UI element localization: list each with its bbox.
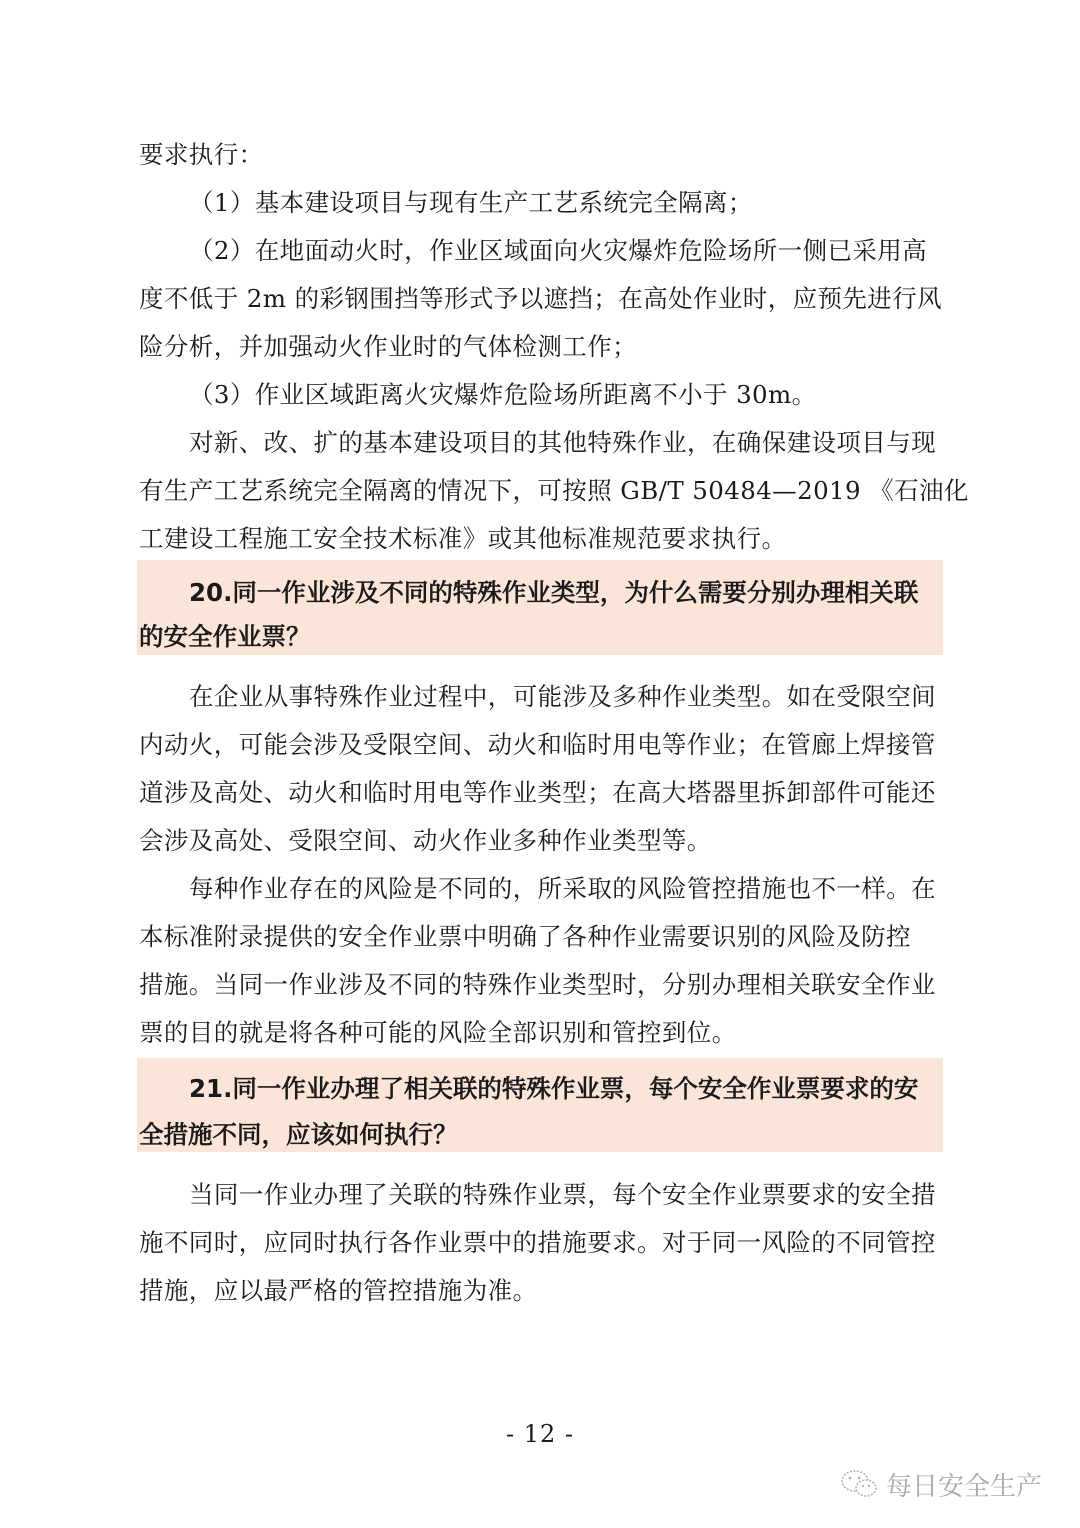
answer-21-line: 施不同时，应同时执行各作业票中的措施要求。对于同一风险的不同管控 — [139, 1228, 944, 1258]
answer-20-line: 在企业从事特殊作业过程中，可能涉及多种作业类型。如在受限空间 — [189, 682, 944, 712]
paragraph-line: 对新、改、扩的基本建设项目的其他特殊作业，在确保建设项目与现 — [189, 428, 944, 458]
answer-20-line: 票的目的就是将各种可能的风险全部识别和管控到位。 — [139, 1018, 944, 1048]
question-21-heading: 21.同一作业办理了相关联的特殊作业票，每个安全作业票要求的安 — [189, 1074, 944, 1104]
watermark-text: 每日安全生产 — [886, 1466, 1042, 1503]
list-item-3: （3）作业区域距离火灾爆炸危险场所距离不小于 30m。 — [189, 380, 944, 410]
question-21-heading: 全措施不同，应该如何执行？ — [139, 1120, 944, 1150]
list-item-1: （1）基本建设项目与现有生产工艺系统完全隔离； — [189, 188, 944, 218]
answer-20-line: 内动火，可能会涉及受限空间、动火和临时用电等作业；在管廊上焊接管 — [139, 730, 944, 760]
question-20-heading: 的安全作业票？ — [139, 622, 944, 652]
paragraph-line: 要求执行： — [139, 140, 944, 170]
paragraph-line: 度不低于 2m 的彩钢围挡等形式予以遮挡；在高处作业时，应预先进行风 — [139, 284, 944, 314]
wechat-icon — [840, 1469, 880, 1501]
answer-20-line: 措施。当同一作业涉及不同的特殊作业类型时，分别办理相关联安全作业 — [139, 970, 944, 1000]
answer-20-line: 每种作业存在的风险是不同的，所采取的风险管控措施也不一样。在 — [189, 874, 944, 904]
answer-20-line: 道涉及高处、动火和临时用电等作业类型；在高大塔器里拆卸部件可能还 — [139, 778, 944, 808]
page-number: - 12 - — [506, 1420, 574, 1448]
paragraph-line: 工建设工程施工安全技术标准》或其他标准规范要求执行。 — [139, 524, 944, 554]
answer-20-line: 本标准附录提供的安全作业票中明确了各种作业需要识别的风险及防控 — [139, 922, 944, 952]
paragraph-line: 有生产工艺系统完全隔离的情况下，可按照 GB/T 50484—2019 《石油化 — [139, 476, 944, 506]
paragraph-line: 险分析，并加强动火作业时的气体检测工作； — [139, 332, 944, 362]
list-item-2: （2）在地面动火时，作业区域面向火灾爆炸危险场所一侧已采用高 — [189, 236, 944, 266]
watermark: 每日安全生产 — [840, 1466, 1042, 1503]
answer-21-line: 措施，应以最严格的管控措施为准。 — [139, 1276, 944, 1306]
answer-21-line: 当同一作业办理了关联的特殊作业票，每个安全作业票要求的安全措 — [189, 1180, 944, 1210]
answer-20-line: 会涉及高处、受限空间、动火作业多种作业类型等。 — [139, 826, 944, 856]
question-20-heading: 20.同一作业涉及不同的特殊作业类型，为什么需要分别办理相关联 — [189, 578, 944, 608]
